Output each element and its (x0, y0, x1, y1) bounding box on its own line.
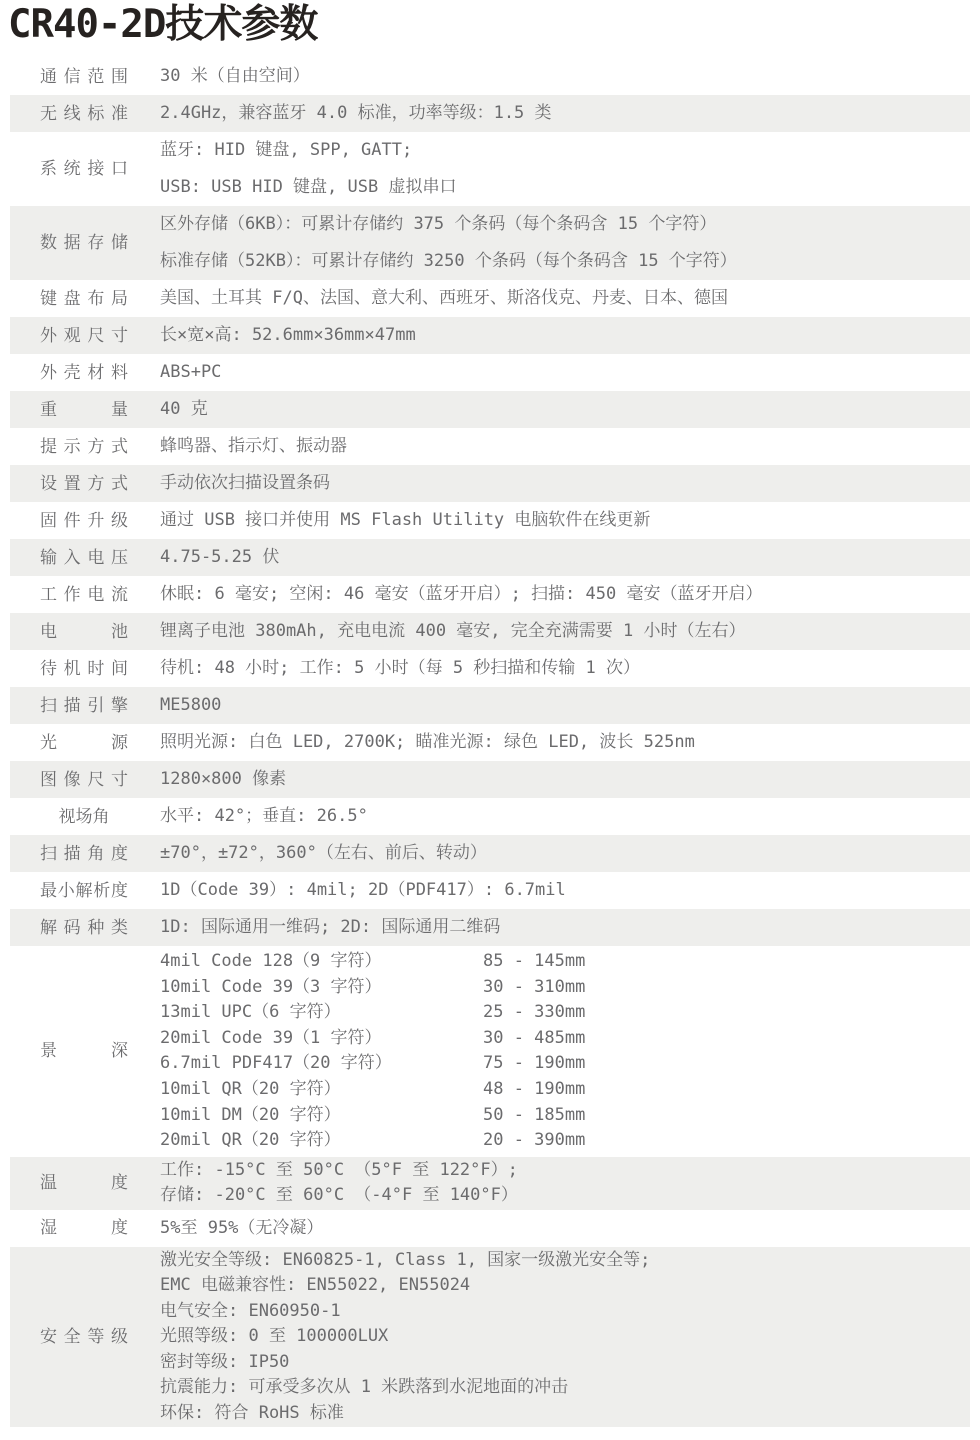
spec-value: 蓝牙: HID 键盘, SPP, GATT;USB: USB HID 键盘, U… (128, 132, 970, 206)
spec-row: 数据存储区外存储（6KB）：可累计存储约 375 个条码（每个条码含 15 个字… (10, 206, 970, 280)
spec-value: 4.75-5.25 伏 (128, 545, 970, 570)
spec-label: 电 池 (40, 622, 128, 642)
spec-label: 键盘布局 (40, 289, 128, 309)
spec-value-line: 4.75-5.25 伏 (160, 545, 970, 570)
dof-code: 10mil Code 39（3 字符） (160, 975, 483, 1001)
dof-range: 75 - 190mm (483, 1051, 970, 1077)
spec-row: 图像尺寸1280×800 像素 (10, 761, 970, 798)
spec-value-line: 1D（Code 39）: 4mil; 2D（PDF417）: 6.7mil (160, 878, 970, 903)
spec-label: 重 量 (40, 400, 128, 420)
spec-label: 温 度 (40, 1173, 128, 1193)
spec-value-line: 存储: -20°C 至 60°C （-4°F 至 140°F） (160, 1183, 970, 1209)
spec-value-line: USB: USB HID 键盘, USB 虚拟串口 (160, 169, 970, 206)
spec-value-line: 环保: 符合 RoHS 标准 (160, 1401, 970, 1427)
spec-value-line: 待机: 48 小时; 工作: 5 小时（每 5 秒扫描和传输 1 次） (160, 656, 970, 681)
spec-label: 最小解析度 (40, 881, 128, 901)
dof-row: 10mil QR（20 字符）48 - 190mm (160, 1077, 970, 1103)
spec-value-line: ±70°，±72°，360°（左右、前后、转动） (160, 841, 970, 866)
spec-label: 安全等级 (40, 1327, 128, 1347)
spec-value: ME5800 (128, 693, 970, 718)
spec-label: 系统接口 (40, 159, 128, 179)
spec-value-line: 30 米（自由空间） (160, 64, 970, 89)
spec-value: 1D: 国际通用一维码; 2D: 国际通用二维码 (128, 915, 970, 940)
dof-row: 10mil Code 39（3 字符）30 - 310mm (160, 975, 970, 1001)
spec-value: 5%至 95%（无冷凝） (128, 1216, 970, 1241)
dof-range: 48 - 190mm (483, 1077, 970, 1103)
spec-value-line: 照明光源: 白色 LED, 2700K; 瞄准光源: 绿色 LED, 波长 52… (160, 730, 970, 755)
dof-code: 10mil QR（20 字符） (160, 1077, 483, 1103)
spec-label: 解码种类 (40, 918, 128, 938)
dof-range: 25 - 330mm (483, 1000, 970, 1026)
spec-table: 通信范围30 米（自由空间）无线标准2.4GHz，兼容蓝牙 4.0 标准，功率等… (10, 58, 970, 1427)
dof-range: 30 - 485mm (483, 1026, 970, 1052)
spec-value-line: 光照等级: 0 至 100000LUX (160, 1324, 970, 1350)
dof-row: 4mil Code 128（9 字符）85 - 145mm (160, 949, 970, 975)
spec-value: 1D（Code 39）: 4mil; 2D（PDF417）: 6.7mil (128, 878, 970, 903)
spec-value-line: 手动依次扫描设置条码 (160, 471, 970, 496)
spec-row: 解码种类1D: 国际通用一维码; 2D: 国际通用二维码 (10, 909, 970, 946)
spec-value-line: 5%至 95%（无冷凝） (160, 1216, 970, 1241)
spec-row: 通信范围30 米（自由空间） (10, 58, 970, 95)
dof-range: 50 - 185mm (483, 1103, 970, 1129)
spec-value: 工作: -15°C 至 50°C （5°F 至 122°F）;存储: -20°C… (128, 1158, 970, 1209)
spec-row: 光 源照明光源: 白色 LED, 2700K; 瞄准光源: 绿色 LED, 波长… (10, 724, 970, 761)
spec-row: 设置方式手动依次扫描设置条码 (10, 465, 970, 502)
spec-value-line: 蜂鸣器、指示灯、振动器 (160, 434, 970, 459)
spec-row: 无线标准2.4GHz，兼容蓝牙 4.0 标准，功率等级：1.5 类 (10, 95, 970, 132)
dof-code: 13mil UPC（6 字符） (160, 1000, 483, 1026)
spec-label: 输入电压 (40, 548, 128, 568)
spec-value: 蜂鸣器、指示灯、振动器 (128, 434, 970, 459)
spec-label: 视场角 (40, 807, 128, 827)
spec-value: 照明光源: 白色 LED, 2700K; 瞄准光源: 绿色 LED, 波长 52… (128, 730, 970, 755)
dof-row: 20mil QR（20 字符）20 - 390mm (160, 1128, 970, 1154)
spec-value-line: ABS+PC (160, 360, 970, 385)
dof-row: 13mil UPC（6 字符）25 - 330mm (160, 1000, 970, 1026)
spec-value-line: 水平: 42°；垂直: 26.5° (160, 804, 970, 829)
spec-value: 手动依次扫描设置条码 (128, 471, 970, 496)
spec-label: 光 源 (40, 733, 128, 753)
dof-range: 20 - 390mm (483, 1128, 970, 1154)
spec-value-line: 通过 USB 接口并使用 MS Flash Utility 电脑软件在线更新 (160, 508, 970, 533)
spec-label: 扫描角度 (40, 844, 128, 864)
dof-row: 10mil DM（20 字符）50 - 185mm (160, 1103, 970, 1129)
spec-label: 无线标准 (40, 104, 128, 124)
spec-value-line: ME5800 (160, 693, 970, 718)
spec-value: ±70°，±72°，360°（左右、前后、转动） (128, 841, 970, 866)
dof-range: 30 - 310mm (483, 975, 970, 1001)
spec-value: ABS+PC (128, 360, 970, 385)
spec-row: 键盘布局美国、土耳其 F/Q、法国、意大利、西班牙、斯洛伐克、丹麦、日本、德国 (10, 280, 970, 317)
spec-row: 工作电流休眠: 6 毫安; 空闲: 46 毫安（蓝牙开启）; 扫描: 450 毫… (10, 576, 970, 613)
spec-value-line: 抗震能力: 可承受多次从 1 米跌落到水泥地面的冲击 (160, 1375, 970, 1401)
spec-row: 扫描角度±70°，±72°，360°（左右、前后、转动） (10, 835, 970, 872)
spec-row: 固件升级通过 USB 接口并使用 MS Flash Utility 电脑软件在线… (10, 502, 970, 539)
spec-label: 外观尺寸 (40, 326, 128, 346)
spec-row: 外壳材料ABS+PC (10, 354, 970, 391)
dof-code: 20mil Code 39（1 字符） (160, 1026, 483, 1052)
spec-label: 设置方式 (40, 474, 128, 494)
spec-label: 待机时间 (40, 659, 128, 679)
spec-value-line: 美国、土耳其 F/Q、法国、意大利、西班牙、斯洛伐克、丹麦、日本、德国 (160, 286, 970, 311)
spec-row: 扫描引擎ME5800 (10, 687, 970, 724)
spec-value: 锂离子电池 380mAh, 充电电流 400 毫安, 完全充满需要 1 小时（左… (128, 619, 970, 644)
spec-value-line: 激光安全等级: EN60825-1, Class 1, 国家一级激光安全等; (160, 1248, 970, 1274)
spec-label: 通信范围 (40, 67, 128, 87)
spec-value-line: 区外存储（6KB）：可累计存储约 375 个条码（每个条码含 15 个字符） (160, 206, 970, 243)
spec-value-line: 蓝牙: HID 键盘, SPP, GATT; (160, 132, 970, 169)
spec-value-line: 密封等级: IP50 (160, 1350, 970, 1376)
dof-code: 4mil Code 128（9 字符） (160, 949, 483, 975)
dof-row: 20mil Code 39（1 字符）30 - 485mm (160, 1026, 970, 1052)
spec-value-line: 电气安全: EN60950-1 (160, 1299, 970, 1325)
spec-row: 视场角水平: 42°；垂直: 26.5° (10, 798, 970, 835)
spec-value: 激光安全等级: EN60825-1, Class 1, 国家一级激光安全等;EM… (128, 1248, 970, 1427)
spec-label: 外壳材料 (40, 363, 128, 383)
spec-value: 2.4GHz，兼容蓝牙 4.0 标准，功率等级：1.5 类 (128, 101, 970, 126)
dof-code: 6.7mil PDF417（20 字符） (160, 1051, 483, 1077)
spec-row: 湿 度5%至 95%（无冷凝） (10, 1210, 970, 1247)
spec-value: 通过 USB 接口并使用 MS Flash Utility 电脑软件在线更新 (128, 508, 970, 533)
spec-label: 提示方式 (40, 437, 128, 457)
dof-code: 20mil QR（20 字符） (160, 1128, 483, 1154)
spec-value: 40 克 (128, 397, 970, 422)
spec-row: 待机时间待机: 48 小时; 工作: 5 小时（每 5 秒扫描和传输 1 次） (10, 650, 970, 687)
spec-value-line: 40 克 (160, 397, 970, 422)
spec-page: CR40-2D技术参数 通信范围30 米（自由空间）无线标准2.4GHz，兼容蓝… (0, 2, 980, 1427)
spec-label: 图像尺寸 (40, 770, 128, 790)
spec-row: 电 池锂离子电池 380mAh, 充电电流 400 毫安, 完全充满需要 1 小… (10, 613, 970, 650)
spec-row: 温 度工作: -15°C 至 50°C （5°F 至 122°F）;存储: -2… (10, 1157, 970, 1210)
dof-row: 6.7mil PDF417（20 字符）75 - 190mm (160, 1051, 970, 1077)
spec-value-line: 工作: -15°C 至 50°C （5°F 至 122°F）; (160, 1158, 970, 1184)
spec-row: 提示方式蜂鸣器、指示灯、振动器 (10, 428, 970, 465)
spec-value-line: 2.4GHz，兼容蓝牙 4.0 标准，功率等级：1.5 类 (160, 101, 970, 126)
spec-value: 美国、土耳其 F/Q、法国、意大利、西班牙、斯洛伐克、丹麦、日本、德国 (128, 286, 970, 311)
spec-value: 休眠: 6 毫安; 空闲: 46 毫安（蓝牙开启）; 扫描: 450 毫安（蓝牙… (128, 582, 970, 607)
spec-row: 景 深4mil Code 128（9 字符）85 - 145mm10mil Co… (10, 946, 970, 1157)
spec-value-line: 锂离子电池 380mAh, 充电电流 400 毫安, 完全充满需要 1 小时（左… (160, 619, 970, 644)
spec-label: 扫描引擎 (40, 696, 128, 716)
spec-label: 固件升级 (40, 511, 128, 531)
spec-row: 安全等级激光安全等级: EN60825-1, Class 1, 国家一级激光安全… (10, 1247, 970, 1428)
spec-value: 长×宽×高: 52.6mm×36mm×47mm (128, 323, 970, 348)
spec-label: 数据存储 (40, 233, 128, 253)
spec-label: 景 深 (40, 1041, 128, 1061)
spec-value-line: 1280×800 像素 (160, 767, 970, 792)
spec-value: 4mil Code 128（9 字符）85 - 145mm10mil Code … (128, 949, 970, 1154)
spec-value-line: EMC 电磁兼容性: EN55022, EN55024 (160, 1273, 970, 1299)
dof-code: 10mil DM（20 字符） (160, 1103, 483, 1129)
spec-value: 水平: 42°；垂直: 26.5° (128, 804, 970, 829)
spec-label: 工作电流 (40, 585, 128, 605)
spec-value-line: 标准存储（52KB）：可累计存储约 3250 个条码（每个条码含 15 个字符） (160, 243, 970, 280)
spec-value: 区外存储（6KB）：可累计存储约 375 个条码（每个条码含 15 个字符）标准… (128, 206, 970, 280)
spec-row: 系统接口蓝牙: HID 键盘, SPP, GATT;USB: USB HID 键… (10, 132, 970, 206)
dof-range: 85 - 145mm (483, 949, 970, 975)
spec-value: 30 米（自由空间） (128, 64, 970, 89)
spec-row: 输入电压4.75-5.25 伏 (10, 539, 970, 576)
spec-value: 1280×800 像素 (128, 767, 970, 792)
spec-row: 重 量40 克 (10, 391, 970, 428)
spec-value-line: 长×宽×高: 52.6mm×36mm×47mm (160, 323, 970, 348)
spec-value-line: 1D: 国际通用一维码; 2D: 国际通用二维码 (160, 915, 970, 940)
spec-row: 外观尺寸长×宽×高: 52.6mm×36mm×47mm (10, 317, 970, 354)
page-title: CR40-2D技术参数 (8, 2, 980, 48)
spec-value: 待机: 48 小时; 工作: 5 小时（每 5 秒扫描和传输 1 次） (128, 656, 970, 681)
spec-row: 最小解析度1D（Code 39）: 4mil; 2D（PDF417）: 6.7m… (10, 872, 970, 909)
spec-value-line: 休眠: 6 毫安; 空闲: 46 毫安（蓝牙开启）; 扫描: 450 毫安（蓝牙… (160, 582, 970, 607)
spec-label: 湿 度 (40, 1218, 128, 1238)
